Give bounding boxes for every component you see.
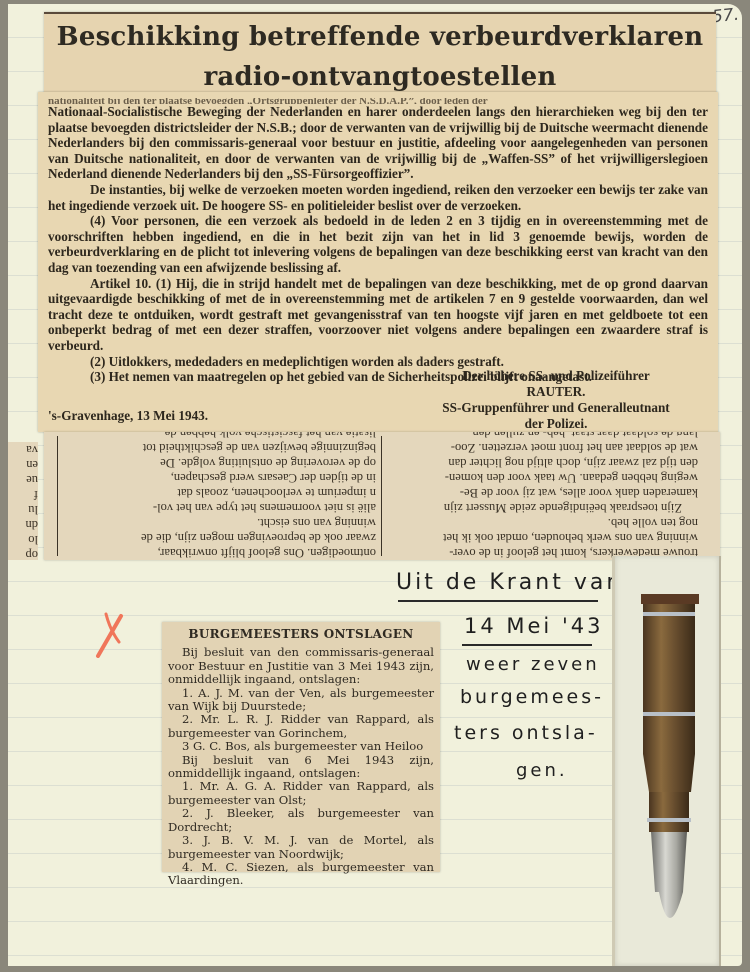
note-line-2: 14 Mei '43 [464, 614, 603, 638]
edge-fragment: dn [8, 517, 38, 532]
signature-block: Der höhere SS- und Polizeiführer RAUTER.… [416, 368, 696, 432]
note-line-3: weer zeven [466, 654, 600, 675]
edge-scrap: va en ue f lu dn lo op [8, 442, 38, 560]
text-line: wat de soldaat aan het front moet verzet… [380, 440, 698, 455]
text-line: Zijn toespraak beëindigende zeide Musser… [380, 500, 698, 515]
headline-clipping: Beschikking betreffende verbeurdverklare… [44, 12, 716, 102]
column-rule [381, 436, 382, 556]
signature-line-1: Der höhere SS- und Polizeiführer [416, 368, 696, 384]
headline-title-line1: Beschikking betreffende verbeurdverklare… [44, 24, 716, 50]
text-line: weging hebben gedaan. Uw taak voor den k… [380, 470, 698, 485]
cartridge-icon [639, 592, 701, 942]
headline-title-line2: radio-ontvangtoestellen [44, 64, 716, 90]
decree-body-clipping: nationaliteit bij den ter plaatse bevoeg… [38, 92, 718, 432]
text-line: lang de soldaat daar staat, heb- en zull… [380, 432, 698, 440]
text-line: in de tijden der Caesars werd geschapen, [58, 470, 376, 485]
red-x-mark-icon [92, 612, 126, 658]
text-line: zwaar ook de beproevingen mogen zijn, di… [58, 530, 376, 545]
edge-fragment: lu [8, 502, 38, 517]
dismissal-item: 2. J. Bleeker, als burgemeester van Dord… [168, 807, 434, 834]
edge-fragment: en [8, 457, 38, 472]
dismissal-item: 4. M. C. Siezen, als burgemeester van Vl… [168, 861, 434, 888]
edge-fragment: va [8, 442, 38, 457]
edge-fragment: lo [8, 532, 38, 547]
note-line-6: gen. [516, 760, 568, 781]
note-line-4: burgemees- [460, 686, 604, 708]
signature-line-3: SS-Gruppenführer und Generalleutnant [416, 400, 696, 416]
text-line: kameraden dank voor alles, wat zij voor … [380, 485, 698, 500]
column-rule [57, 436, 58, 556]
decree-paragraph-2: De instanties, bij welke de verzoeken mo… [48, 182, 708, 213]
dateline: 's-Gravenhage, 13 Mei 1943. [48, 408, 208, 424]
text-line: n imperium te verloochenen, zooals dat [58, 485, 376, 500]
note-line-1: Uit de Krant van [396, 570, 623, 595]
note-underline [398, 600, 598, 602]
note-underline [462, 644, 592, 646]
signature-name: RAUTER. [416, 384, 696, 400]
upside-down-clipping: trouwe medewerkers, komt het geloof in d… [44, 432, 720, 560]
upside-down-column-b: ontmoedigen. Ons geloof blijft onwrikbaa… [58, 432, 376, 560]
decree-article-10: Artikel 10. (1) Hij, die in strijd hande… [48, 276, 708, 354]
handwritten-note: Uit de Krant van 14 Mei '43 weer zeven b… [394, 566, 604, 796]
text-line: winning van ons werk behouden, omdat ook… [380, 530, 698, 545]
text-line: den tijd zal zwaar zijn, doch altijd nog… [380, 455, 698, 470]
text-line: op de verovering de ontsluiting volgde. … [58, 455, 376, 470]
decree-paragraph-3: (4) Voor personen, die een verzoek als b… [48, 213, 708, 275]
text-line: winning van ons eischt. [58, 515, 376, 530]
edge-fragment: f [8, 487, 38, 502]
decree-paragraph-1: Nationaal-Socialistische Beweging der Ne… [48, 104, 708, 182]
note-line-5: ters ontsla- [454, 722, 598, 744]
upside-down-column-a: trouwe medewerkers, komt het geloof in d… [380, 432, 698, 560]
text-line: beginzinnige bewijzen van de geschikthei… [58, 440, 376, 455]
edge-fragment: ue [8, 472, 38, 487]
text-line: nog ten volle heb. [380, 515, 698, 530]
text-line: ontmoedigen. Ons geloof blijft onwrikbaa… [58, 545, 376, 560]
text-line: lisatie van het fascistische volk hebben… [58, 432, 376, 440]
edge-fragment: op [8, 547, 38, 560]
decree-item-2: (2) Uitlokkers, mededaders en medeplicht… [48, 354, 708, 370]
signature-line-4: der Polizei. [416, 416, 696, 432]
text-line: alië is niet voornemens het type van het… [58, 500, 376, 515]
dismissal-item: 3. J. B. V. M. J. van de Mortel, als bur… [168, 834, 434, 861]
